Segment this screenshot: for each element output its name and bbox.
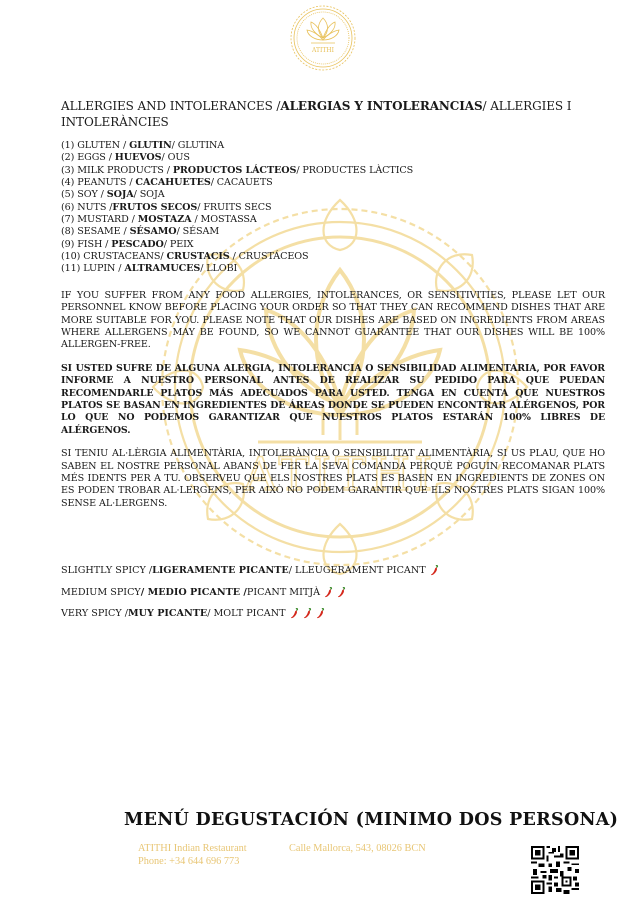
allergen-item: (2) EGGS / HUEVOS/ OUS [61, 152, 605, 164]
restaurant-logo: ATITHI [289, 4, 357, 72]
heading-english: ALLERGIES AND INTOLERANCES / [61, 99, 280, 113]
allergen-item: (3) MILK PRODUCTS / PRODUCTOS LÁCTEOS/ P… [61, 165, 605, 177]
spice-level-very: VERY SPICY / MUY PICANTE / MOLT PICANT [61, 603, 439, 625]
chili-rating [320, 587, 346, 598]
allergy-notice-english: IF YOU SUFFER FROM ANY FOOD ALLERGIES, I… [61, 290, 605, 352]
allergen-item: (4) PEANUTS / CACAHUETES/ CACAUETS [61, 177, 605, 189]
allergen-item: (8) SESAME / SÉSAMO/ SÉSAM [61, 226, 605, 238]
restaurant-name: ATITHI Indian Restaurant [138, 842, 247, 855]
allergen-item: (11) LUPIN / ALTRAMUCES/ LLOBI [61, 263, 605, 275]
allergen-item: (5) SOY / SOJA/ SOJA [61, 189, 605, 201]
svg-text:ATITHI: ATITHI [311, 47, 335, 54]
chili-pepper-icon [337, 587, 346, 598]
spice-level-slight: SLIGHTLY SPICY / LIGERAMENTE PICANTE / L… [61, 560, 439, 582]
allergen-item: (7) MUSTARD / MOSTAZA / MOSTASSA [61, 214, 605, 226]
allergen-item: (9) FISH / PESCADO/ PEIX [61, 239, 605, 251]
restaurant-phone: Phone: +34 644 696 773 [138, 855, 247, 868]
qr-code-icon[interactable] [531, 846, 579, 894]
chili-pepper-icon [290, 608, 299, 619]
allergen-item: (10) CRUSTACEANS/ CRUSTACIS / CRUSTÁCEOS [61, 251, 605, 263]
restaurant-address: Calle Mallorca, 543, 08026 BCN [289, 842, 426, 855]
footer-contact: ATITHI Indian Restaurant Phone: +34 644 … [138, 842, 247, 868]
lotus-mandala-logo-icon: ATITHI [289, 4, 357, 72]
spice-legend: SLIGHTLY SPICY / LIGERAMENTE PICANTE / L… [61, 560, 439, 625]
chili-pepper-icon [303, 608, 312, 619]
chili-pepper-icon [324, 587, 333, 598]
heading-spanish: ALERGIAS Y INTOLERANCIAS [280, 99, 482, 113]
chili-rating [286, 608, 325, 619]
spice-level-medium: MEDIUM SPICY / MEDIO PICANTE / PICANT MI… [61, 582, 439, 604]
allergen-item: (1) GLUTEN / GLUTIN/ GLUTINA [61, 140, 605, 152]
chili-pepper-icon [430, 565, 439, 576]
allergen-list: (1) GLUTEN / GLUTIN/ GLUTINA (2) EGGS / … [61, 140, 605, 276]
menu-title: MENÚ DEGUSTACIÓN (MINIMO DOS PERSONA) [124, 810, 618, 830]
chili-rating [426, 565, 439, 576]
allergen-heading: ALLERGIES AND INTOLERANCES /ALERGIAS Y I… [61, 98, 605, 130]
chili-pepper-icon [316, 608, 325, 619]
allergen-item: (6) NUTS /FRUTOS SECOS/ FRUITS SECS [61, 202, 605, 214]
allergen-info: ALLERGIES AND INTOLERANCES /ALERGIAS Y I… [61, 98, 605, 521]
allergy-notice-spanish: SI USTED SUFRE DE ALGUNA ALERGIA, INTOLE… [61, 363, 605, 437]
allergy-notice-catalan: SI TENIU AL·LÈRGIA ALIMENTÀRIA, INTOLERÀ… [61, 448, 605, 510]
